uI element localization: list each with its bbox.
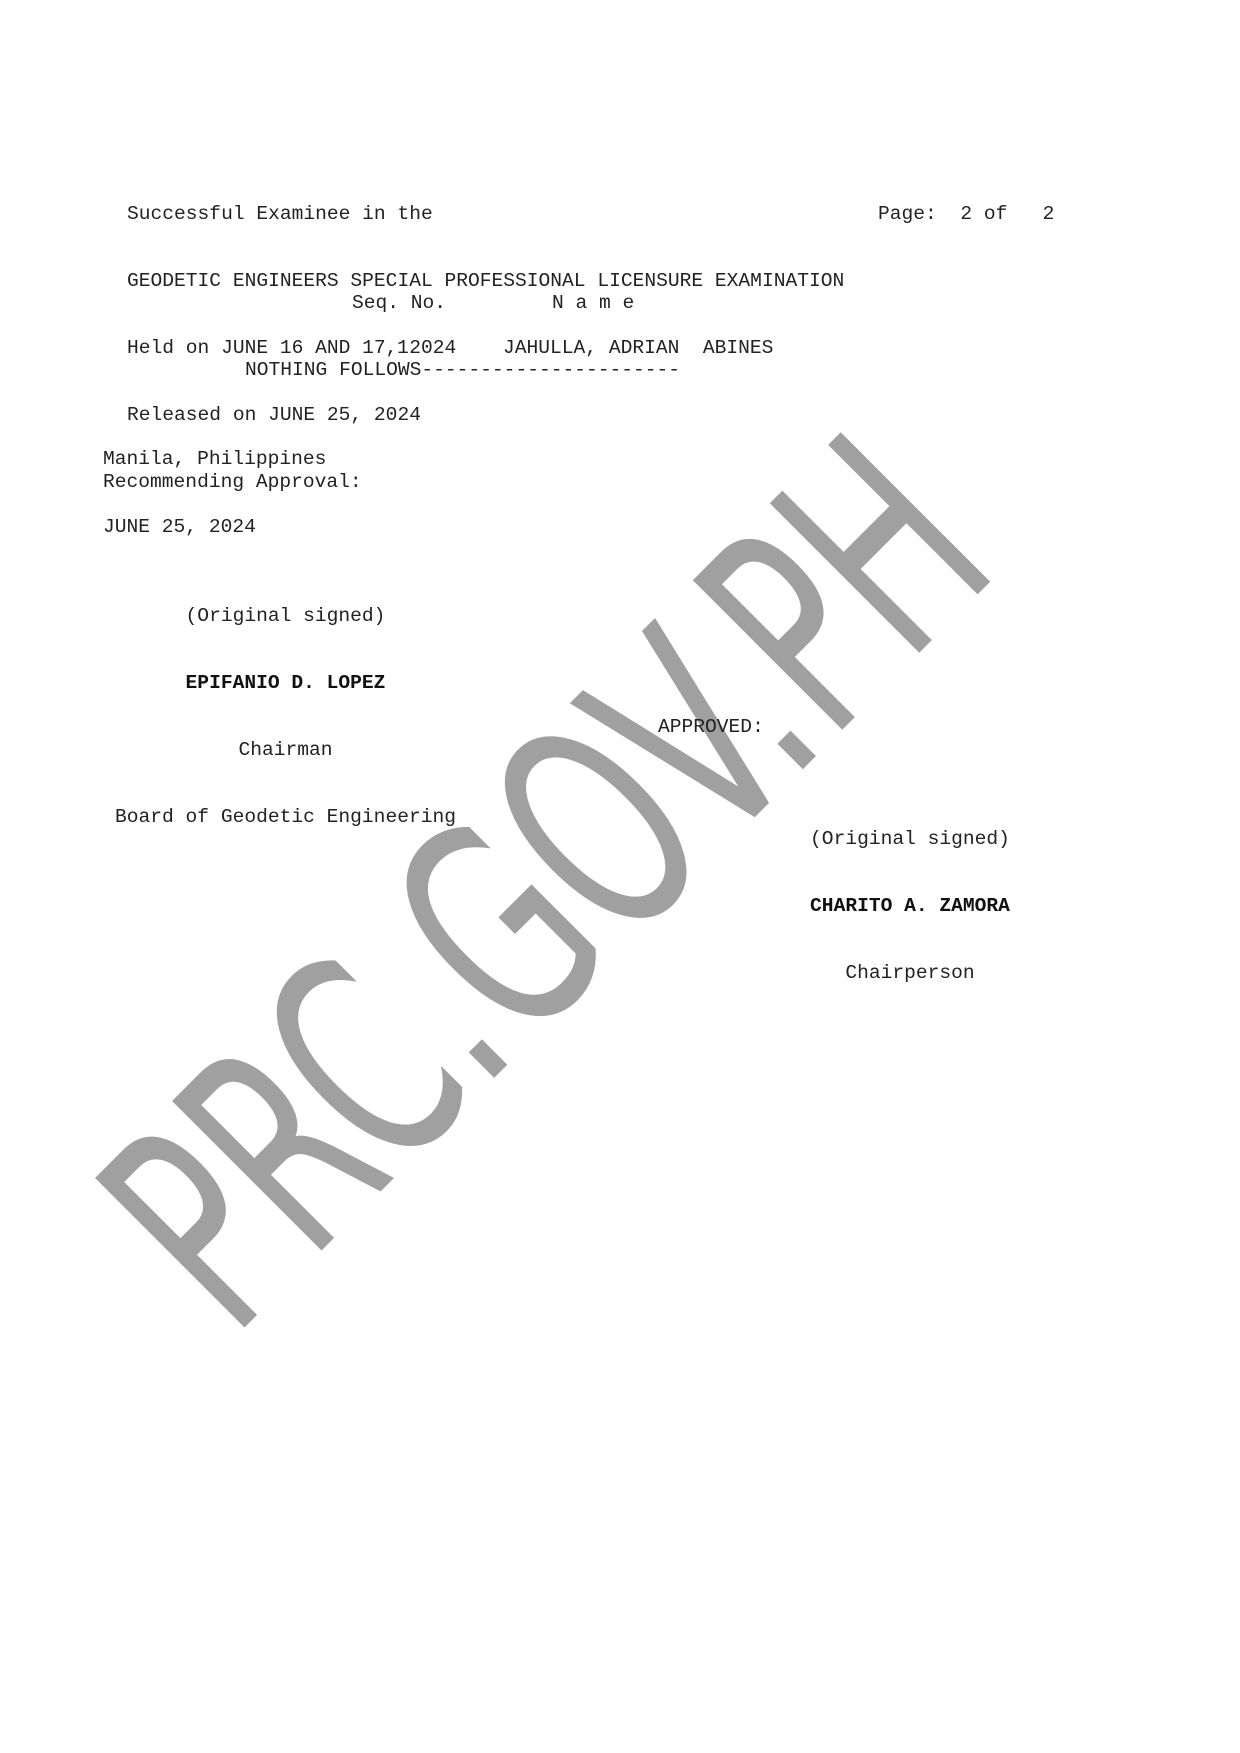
header-intro: Successful Examinee in the xyxy=(127,203,844,225)
column-header-seq: Seq. No. xyxy=(352,292,446,314)
row-seq: 1 xyxy=(397,337,409,359)
approved-signed-note: (Original signed) xyxy=(790,828,1030,850)
document-page: PRC.GOV.PH Successful Examinee in the GE… xyxy=(0,0,1240,1753)
row-name: JAHULLA, ADRIAN ABINES xyxy=(503,337,773,359)
page-of: of xyxy=(984,203,1008,225)
page-total: 2 xyxy=(1043,203,1055,225)
approved-name: CHARITO A. ZAMORA xyxy=(790,895,1030,917)
date: JUNE 25, 2024 xyxy=(103,516,326,538)
exam-title: GEODETIC ENGINEERS SPECIAL PROFESSIONAL … xyxy=(127,270,844,292)
column-header-name: N a m e xyxy=(552,292,634,314)
page-current: 2 xyxy=(960,203,972,225)
recommending-name: EPIFANIO D. LOPEZ xyxy=(103,672,468,694)
recommending-signed-note: (Original signed) xyxy=(103,605,468,627)
page-label: Page: xyxy=(878,203,937,225)
approved-signatory: (Original signed) CHARITO A. ZAMORA Chai… xyxy=(790,783,1030,1029)
approved-label: APPROVED: xyxy=(658,716,764,738)
nothing-follows: NOTHING FOLLOWS---------------------- xyxy=(245,359,680,381)
recommending-title: Chairman xyxy=(103,739,468,761)
place: Manila, Philippines xyxy=(103,448,326,470)
text-layer: Successful Examinee in the GEODETIC ENGI… xyxy=(0,0,1240,1753)
page-indicator: Page: 2 of 2 xyxy=(878,203,1054,225)
approved-title: Chairperson xyxy=(790,962,1030,984)
recommending-label: Recommending Approval: xyxy=(103,471,362,493)
recommending-signatory: (Original signed) EPIFANIO D. LOPEZ Chai… xyxy=(103,560,468,874)
recommending-body: Board of Geodetic Engineering xyxy=(103,806,468,828)
place-date-block: Manila, Philippines JUNE 25, 2024 xyxy=(103,404,326,583)
